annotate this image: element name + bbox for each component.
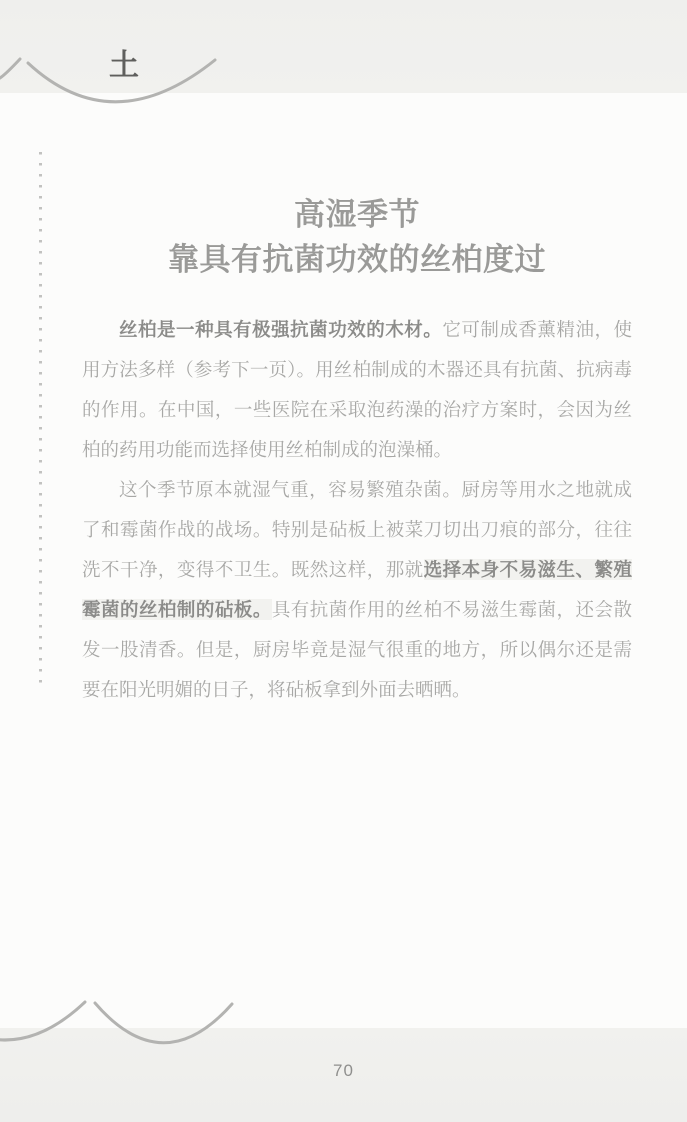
text-run: 它可制成香薰精油，使用方法多样（参考下一页）。用丝柏制成的木器还具有抗菌、抗病毒…	[82, 319, 632, 460]
scallop-arc-icon	[0, 1002, 85, 1040]
scallop-arc-icon	[0, 59, 20, 78]
scallop-arc-icon	[95, 1003, 232, 1043]
section-mark: 土	[103, 49, 145, 83]
page-number: 70	[0, 1061, 687, 1081]
paragraph: 丝柏是一种具有极强抗菌功效的木材。它可制成香薰精油，使用方法多样（参考下一页）。…	[82, 310, 632, 470]
page-content: 高湿季节 靠具有抗菌功效的丝柏度过 丝柏是一种具有极强抗菌功效的木材。它可制成香…	[82, 192, 632, 710]
page-title: 高湿季节 靠具有抗菌功效的丝柏度过	[82, 192, 632, 282]
book-page: 土 高湿季节 靠具有抗菌功效的丝柏度过 丝柏是一种具有极强抗菌功效的木材。它可制…	[0, 0, 687, 1122]
page-title-line-2: 靠具有抗菌功效的丝柏度过	[82, 237, 632, 282]
page-title-line-1: 高湿季节	[82, 192, 632, 237]
text-run: 丝柏是一种具有极强抗菌功效的木材。	[119, 319, 442, 340]
paragraph: 这个季节原本就湿气重，容易繁殖杂菌。厨房等用水之地就成了和霉菌作战的战场。特别是…	[82, 470, 632, 710]
bottom-scallop-decoration	[0, 995, 687, 1055]
dotted-divider	[39, 152, 42, 686]
